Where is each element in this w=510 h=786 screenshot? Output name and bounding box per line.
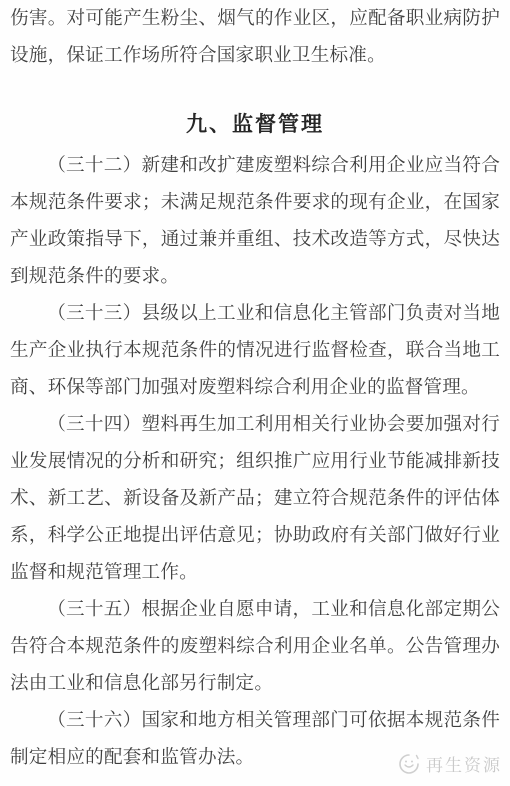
continued-paragraph: 伤害。对可能产生粉尘、烟气的作业区，应配备职业病防护设施，保证工作场所符合国家职… (10, 0, 500, 74)
watermark-label: 再生资源 (426, 751, 502, 776)
paragraph-33: （三十三）县级以上工业和信息化主管部门负责对当地生产企业执行本规范条件的情况进行… (10, 295, 500, 406)
paragraph-32: （三十二）新建和改扩建废塑料综合利用企业应当符合本规范条件要求；未满足规范条件要… (10, 147, 500, 295)
recycle-sun-icon (398, 753, 420, 775)
section-heading: 九、监督管理 (10, 106, 500, 143)
paragraph-34: （三十四）塑料再生加工利用相关行业协会要加强对行业发展情况的分析和研究；组织推广… (10, 406, 500, 591)
document-page: 伤害。对可能产生粉尘、烟气的作业区，应配备职业病防护设施，保证工作场所符合国家职… (0, 0, 510, 786)
watermark: 再生资源 (398, 751, 502, 776)
paragraph-35: （三十五）根据企业自愿申请，工业和信息化部定期公告符合本规范条件的废塑料综合利用… (10, 591, 500, 702)
